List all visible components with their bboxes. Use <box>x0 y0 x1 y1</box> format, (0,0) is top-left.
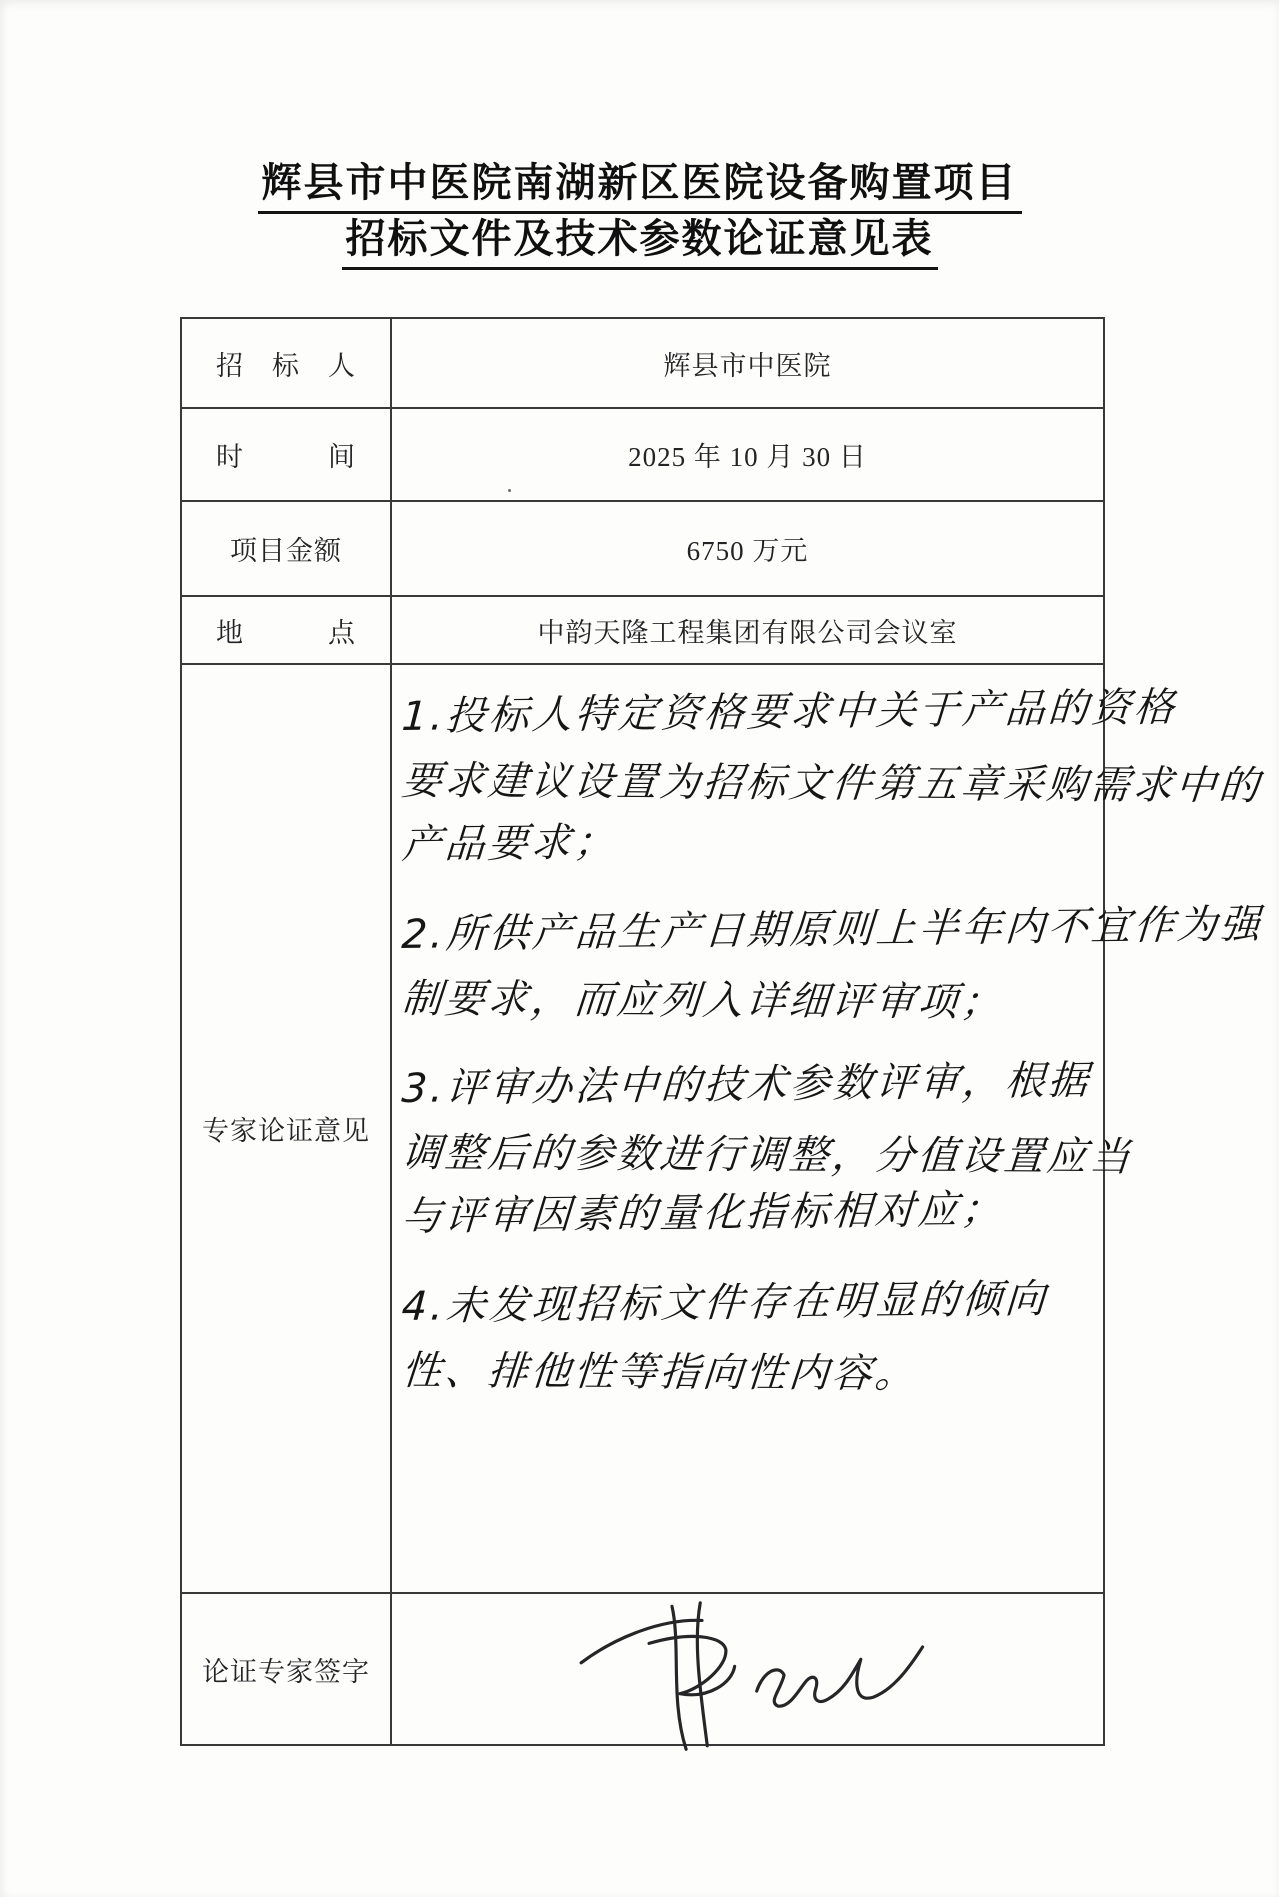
handwritten-line: 3.评审办法中的技术参数评审，根据 <box>400 1044 1105 1117</box>
table-row-time: 时 间 2025 年 10 月 30 日 <box>181 408 1104 501</box>
document-title-line2: 招标文件及技术参数论证意见表 <box>342 214 938 270</box>
amount-value-cell: 6750 万元 <box>391 501 1104 596</box>
table-row-amount: 项目金额 6750 万元 <box>181 501 1104 596</box>
document-title-line1: 辉县市中医院南湖新区医院设备购置项目 <box>258 158 1022 214</box>
amount-label-cell: 项目金额 <box>181 501 391 596</box>
opinion-item-1: 1.投标人特定资格要求中关于产品的资格 要求建议设置为招标文件第五章采购需求中的… <box>402 681 1103 873</box>
opinion-item-2: 2.所供产品生产日期原则上半年内不宜作为强 制要求，而应列入详细评审项； <box>402 899 1103 1027</box>
document-title: 辉县市中医院南湖新区医院设备购置项目 招标文件及技术参数论证意见表 <box>0 158 1279 270</box>
handwritten-line: 与评审因素的量化指标相对应； <box>400 1172 1105 1245</box>
scanned-document-page: 辉县市中医院南湖新区医院设备购置项目 招标文件及技术参数论证意见表 招 标 人 … <box>0 0 1279 1897</box>
location-label-cell: 地 点 <box>181 596 391 664</box>
handwritten-line: 性、排他性等指向性内容。 <box>400 1335 1106 1403</box>
bidder-value-cell: 辉县市中医院 <box>391 318 1104 408</box>
handwritten-line: 2.所供产品生产日期原则上半年内不宜作为强 <box>400 890 1105 963</box>
handwritten-line: 产品要求； <box>400 800 1105 873</box>
location-value-cell: 中韵天隆工程集团有限公司会议室 <box>391 596 1104 664</box>
handwritten-line: 制要求，而应列入详细评审项； <box>400 963 1106 1031</box>
opinion-item-3: 3.评审办法中的技术参数评审，根据 调整后的参数进行调整，分值设置应当 与评审因… <box>402 1053 1103 1245</box>
table-row-expert-opinion: 专家论证意见 1.投标人特定资格要求中关于产品的资格 要求建议设置为招标文件第五… <box>181 664 1104 1593</box>
table-row-signature: 论证专家签字 <box>181 1593 1104 1745</box>
signature-value-cell <box>391 1593 1104 1745</box>
time-value-cell: 2025 年 10 月 30 日 <box>391 408 1104 501</box>
table-row-location: 地 点 中韵天隆工程集团有限公司会议室 <box>181 596 1104 664</box>
opinion-item-4: 4.未发现招标文件存在明显的倾向 性、排他性等指向性内容。 <box>402 1271 1103 1399</box>
opinion-form-table: 招 标 人 辉县市中医院 时 间 2025 年 10 月 30 日 项目金额 6… <box>180 317 1105 1746</box>
handwritten-line: 1.投标人特定资格要求中关于产品的资格 <box>400 672 1105 745</box>
expert-signature-handwriting <box>542 1594 982 1744</box>
time-label-cell: 时 间 <box>181 408 391 501</box>
opinion-content-cell: 1.投标人特定资格要求中关于产品的资格 要求建议设置为招标文件第五章采购需求中的… <box>391 664 1104 1593</box>
bidder-label-cell: 招 标 人 <box>181 318 391 408</box>
opinion-label-cell: 专家论证意见 <box>181 664 391 1593</box>
signature-label-cell: 论证专家签字 <box>181 1593 391 1745</box>
handwritten-line: 4.未发现招标文件存在明显的倾向 <box>400 1262 1105 1335</box>
table-row-bidder: 招 标 人 辉县市中医院 <box>181 318 1104 408</box>
